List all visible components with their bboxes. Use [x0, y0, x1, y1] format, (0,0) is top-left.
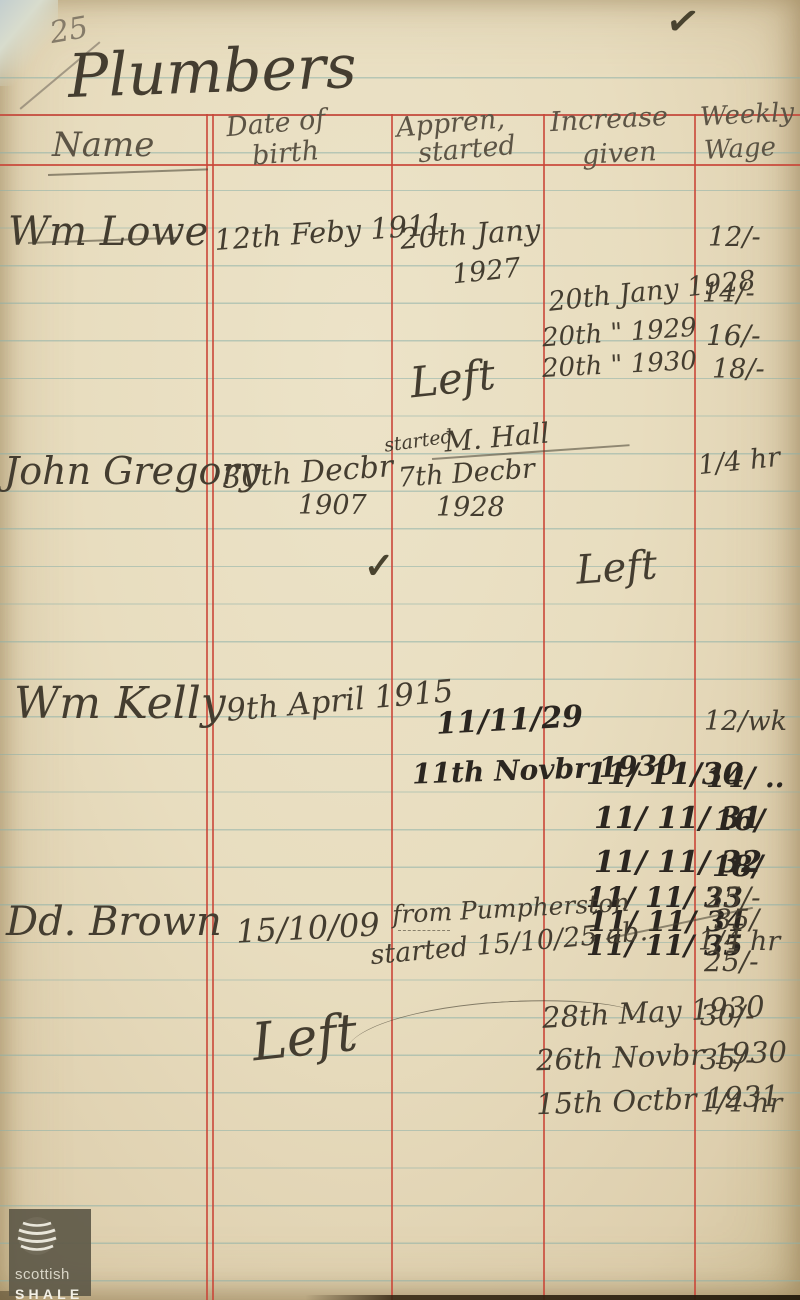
page-corner-curl — [0, 0, 58, 86]
increase-wage: 18/ — [712, 852, 763, 881]
entry-wage-gregory: 1/4 hr — [697, 444, 782, 479]
increase-wage: 14/ .. — [706, 764, 784, 792]
col-header-increase-2: given — [581, 138, 657, 169]
entry-appren-lowe-2: 1927 — [451, 254, 522, 288]
checkmark-gregory: ✓ — [364, 548, 394, 584]
increase-wage: 30/- — [700, 1002, 755, 1030]
entry-wage-lowe: 12/- — [708, 224, 761, 251]
increase-wage: 1/4 hr — [700, 1090, 782, 1117]
col-header-name: Name — [52, 128, 154, 162]
watermark-text-2: SHALE — [15, 1286, 91, 1300]
entry-wage-brown: 25/- — [704, 948, 759, 976]
watermark-text-1: scottish — [15, 1266, 91, 1283]
ledger-page: 25 Plumbers ✓ Name Date of birth Appren,… — [0, 0, 800, 1300]
page-bottom-shadow — [305, 1295, 800, 1300]
entry-dob-gregory-2: 1907 — [298, 492, 367, 519]
entry-name-brown: Dd. Brown — [6, 902, 222, 942]
left-note-lowe: Left — [408, 354, 497, 405]
entry-appren-gregory-4: 1928 — [436, 494, 505, 521]
entry-name-kelly: Wm Kelly — [14, 682, 226, 726]
increase-wage: 18/- — [712, 356, 765, 383]
increase-date: 20th " 1930 — [541, 348, 697, 382]
pen-flourish — [398, 930, 450, 931]
entry-name-lowe: Wm Lowe — [8, 212, 208, 252]
col-header-dob-2: birth — [251, 137, 320, 170]
increase-wage: 16/- — [706, 322, 761, 350]
entry-dob-brown: 15/10/09 — [235, 908, 380, 947]
page-title: Plumbers — [67, 37, 357, 107]
watermark: scottish SHALE — [9, 1209, 91, 1296]
col-header-increase-1: Increase — [549, 103, 668, 136]
col-header-wage-2: Wage — [703, 134, 776, 164]
left-note-brown: Left — [250, 1007, 360, 1070]
increase-wage: 16/ — [714, 806, 765, 835]
entry-appren-kelly-1: 11/11/29 — [435, 702, 584, 740]
entry-wage-kelly: 12/wk — [704, 708, 787, 735]
increase-wage: 35/- — [700, 1046, 755, 1074]
col-header-appren-2: started — [417, 132, 517, 167]
col-header-wage-1: Weekly — [699, 100, 794, 131]
increase-wage: 14/- — [702, 280, 755, 307]
left-note-gregory: Left — [575, 545, 659, 591]
globe-icon — [15, 1214, 59, 1258]
checkmark-top: ✓ — [663, 0, 703, 45]
